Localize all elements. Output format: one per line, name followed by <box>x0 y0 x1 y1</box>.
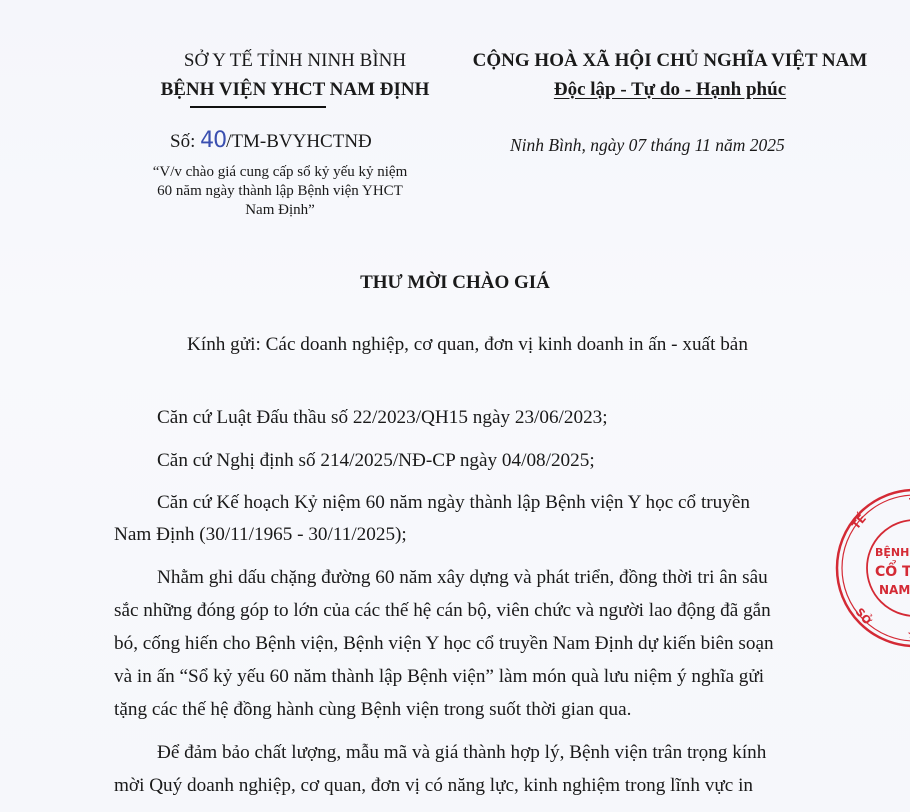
body-line: Nam Định (30/11/1965 - 30/11/2025); <box>114 524 407 546</box>
official-seal-icon: TẾ T SỞ BỆNH VIỆ CỔ TRU NAM Đ ★ <box>835 488 910 648</box>
document-number-suffix: /TM-BVYHCTNĐ <box>226 131 372 152</box>
nation-name: CỘNG HOÀ XÃ HỘI CHỦ NGHĨA VIỆT NAM <box>450 50 890 72</box>
subject-line: 60 năm ngày thành lập Bệnh viện YHCT <box>120 182 440 201</box>
document-subject: “V/v chào giá cung cấp sổ kỷ yếu kỷ niệm… <box>120 163 440 220</box>
body-line: Để đảm bảo chất lượng, mẫu mã và giá thà… <box>157 742 766 764</box>
stamp-center-text: BỆNH VIỆ <box>875 546 910 559</box>
national-motto: Độc lập - Tự do - Hạnh phúc <box>450 79 890 101</box>
body-line: Nhằm ghi dấu chặng đường 60 năm xây dựng… <box>157 567 768 589</box>
body-line: Căn cứ Luật Đấu thầu số 22/2023/QH15 ngà… <box>157 407 608 429</box>
recipient-line: Kính gửi: Các doanh nghiệp, cơ quan, đơn… <box>187 334 748 356</box>
body-line: Căn cứ Kế hoạch Kỷ niệm 60 năm ngày thàn… <box>157 492 750 514</box>
document-number-handwritten: 40 <box>200 128 226 153</box>
body-line: và in ấn “Sổ kỷ yếu 60 năm thành lập Bện… <box>114 666 764 688</box>
document-number: Số: 40/TM-BVYHCTNĐ <box>170 128 372 153</box>
body-line: Căn cứ Nghị định số 214/2025/NĐ-CP ngày … <box>157 450 595 472</box>
subject-line: Nam Định” <box>120 201 440 220</box>
body-line: mời Quý doanh nghiệp, cơ quan, đơn vị có… <box>114 775 753 797</box>
stamp-center-text: NAM Đ <box>879 583 910 597</box>
stamp-ring-text: SỞ <box>853 605 875 628</box>
body-line: tặng các thế hệ đồng hành cùng Bệnh viện… <box>114 699 631 721</box>
place-date: Ninh Bình, ngày 07 tháng 11 năm 2025 <box>510 135 785 156</box>
body-line: sắc những đóng góp to lớn của các thế hệ… <box>114 600 771 622</box>
stamp-center-text: CỔ TRU <box>875 560 910 580</box>
body-line: bó, cống hiến cho Bệnh viện, Bệnh viện Y… <box>114 633 774 655</box>
letter-title: THƯ MỜI CHÀO GIÁ <box>0 272 910 294</box>
document-number-prefix: Số: <box>170 131 200 152</box>
subject-line: “V/v chào giá cung cấp sổ kỷ yếu kỷ niệm <box>120 163 440 182</box>
document-page: SỞ Y TẾ TỈNH NINH BÌNH BỆNH VIỆN YHCT NA… <box>0 0 910 812</box>
organization-name: BỆNH VIỆN YHCT NAM ĐỊNH <box>130 79 460 101</box>
organization-underline <box>190 106 326 108</box>
department-name: SỞ Y TẾ TỈNH NINH BÌNH <box>150 50 440 72</box>
